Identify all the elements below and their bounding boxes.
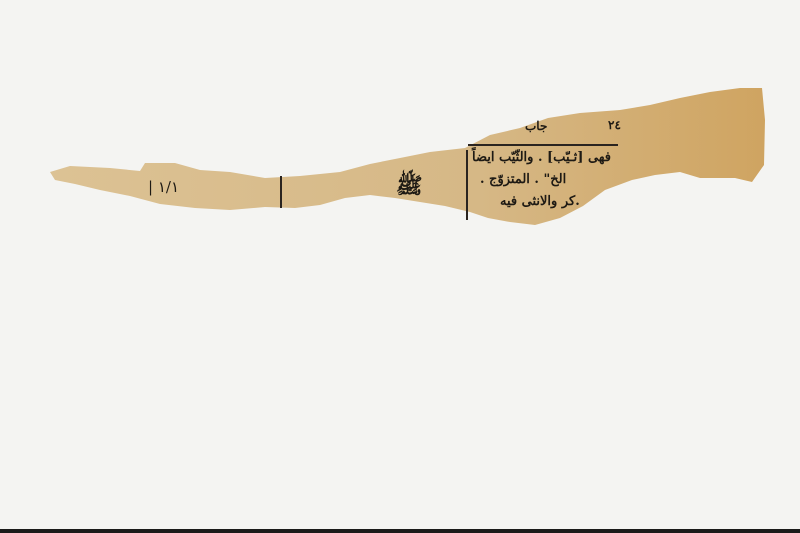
- ornament-glyph: ﷺ: [396, 172, 423, 204]
- header-word: جاب: [525, 119, 547, 133]
- text-line-1: فهى [ثـيّب] . والثّيّب ايضاً: [472, 150, 611, 165]
- text-line-2: الخ" . المتزوّج .: [480, 172, 566, 187]
- column-rule-left: [280, 176, 282, 208]
- torn-paper-fragment: [0, 0, 800, 533]
- text-line-3: .كر والانثى فيه: [500, 194, 580, 209]
- margin-marks: ١/١ |: [148, 178, 179, 196]
- header-rule: [468, 144, 618, 146]
- column-rule-right: [466, 150, 468, 220]
- bottom-edge-strip: [0, 529, 800, 533]
- page-number: ٢٤: [608, 118, 621, 132]
